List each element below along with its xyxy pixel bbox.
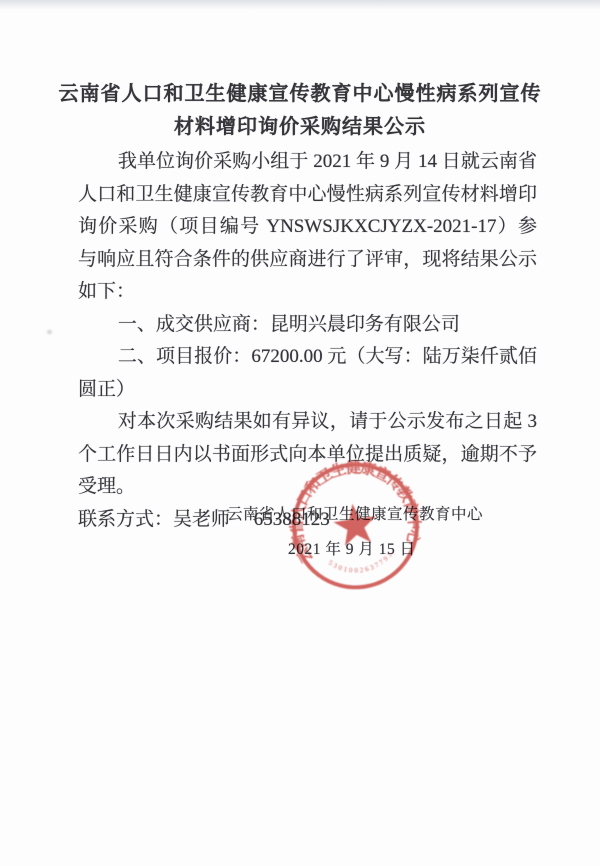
- document-title: 云南省人口和卫生健康宣传教育中心慢性病系列宣传 材料增印询价采购结果公示: [0, 78, 600, 144]
- seal-code-holder: 5301002637793: [326, 551, 396, 579]
- scan-edge-shading: [0, 0, 600, 10]
- seal-star-icon: [331, 501, 379, 547]
- paragraph-intro: 我单位询价采购小组于 2021 年 9 月 14 日就云南省人口和卫生健康宣传教…: [78, 146, 537, 309]
- title-line-2: 材料增印询价采购结果公示: [0, 111, 600, 144]
- scanned-document-page: 云南省人口和卫生健康宣传教育中心慢性病系列宣传 材料增印询价采购结果公示 我单位…: [0, 0, 600, 866]
- paragraph-winning-supplier: 一、成交供应商：昆明兴晨印务有限公司: [78, 309, 537, 342]
- official-seal: 云南省人口和卫生健康宣传教育中心 5301002637793: [275, 451, 437, 602]
- seal-code: 5301002637793: [326, 551, 396, 579]
- paragraph-project-price: 二、项目报价：67200.00 元（大写：陆万柒仟贰佰圆正）: [78, 341, 537, 406]
- scan-artifact-dot: [47, 330, 52, 334]
- title-line-1: 云南省人口和卫生健康宣传教育中心慢性病系列宣传: [0, 78, 600, 111]
